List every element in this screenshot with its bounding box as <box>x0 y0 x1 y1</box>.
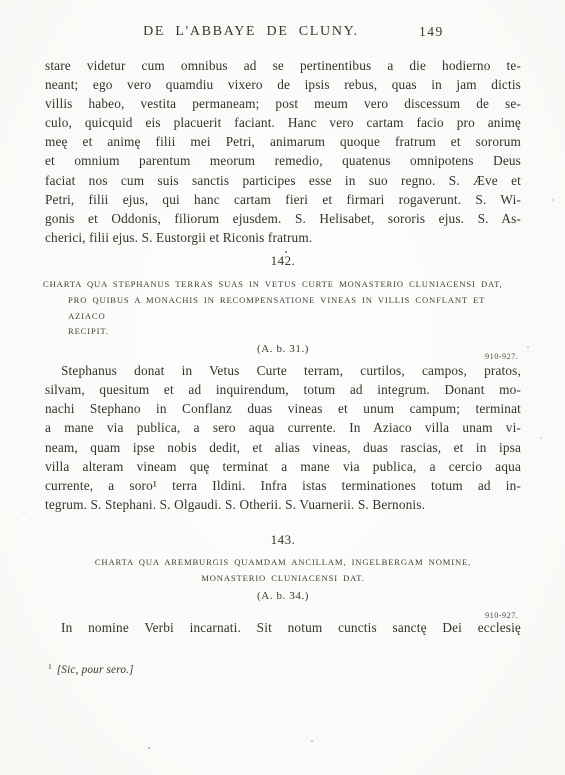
charter-142-heading: CHARTA QUA STEPHANUS TERRAS SUAS IN VETU… <box>45 277 521 340</box>
text-line: Petri, filii ejus, qui hanc cartam fieri… <box>45 190 521 209</box>
text-line: cherici, filii ejus. S. Eustorgii et Ric… <box>45 228 521 247</box>
text-line: meę et animę filii mei Petri, animarum q… <box>45 132 521 151</box>
text-line: silvam, quesitum et ad inquirendum, totu… <box>45 380 521 399</box>
scan-specks <box>0 0 2 2</box>
text-line: currente, a soro¹ terra Ildini. Infra is… <box>45 476 521 495</box>
text-block: stare videtur cum omnibus ad se pertinen… <box>45 56 521 677</box>
text-line: a mane via publica, a sero aqua currente… <box>45 418 521 437</box>
archive-reference-143: (A. b. 34.) <box>45 589 521 604</box>
text-line: In nomine Verbi incarnati. Sit notum cun… <box>45 618 521 637</box>
footnote-text: [Sic, pour sero.] <box>57 664 134 676</box>
text-line: neant; ego vero quamdiu vixero de ipsis … <box>45 75 521 94</box>
margin-date-142: 910-927. <box>485 352 518 361</box>
text-line: culo, quicquid eis placuerit faciant. Ha… <box>45 113 521 132</box>
charter-142-paragraph: Stephanus donat in Vetus Curte terram, c… <box>45 361 521 514</box>
page-number: 149 <box>419 24 444 40</box>
archive-reference-142: (A. b. 31.) <box>45 342 521 357</box>
text-line: et omnium parentum meorum remedio, quate… <box>45 151 521 170</box>
text-line: faciat nos cum suis sanctis participes e… <box>45 171 521 190</box>
running-title: DE L'ABBAYE DE CLUNY. <box>45 24 457 40</box>
charter-142-number: 142. <box>45 253 521 269</box>
charter-143-heading: CHARTA QUA AREMBURGIS QUAMDAM ANCILLAM, … <box>45 555 521 587</box>
text-line: neam, quam ipse nobis dedit, et alias vi… <box>45 438 521 457</box>
margin-date-143: 910-927. <box>485 611 518 620</box>
heading-line: CHARTA QUA STEPHANUS TERRAS SUAS IN VETU… <box>43 277 521 293</box>
text-line: villis habeo, vestita permaneam; post me… <box>45 94 521 113</box>
heading-line: CHARTA QUA AREMBURGIS QUAMDAM ANCILLAM, … <box>45 555 521 571</box>
charter-141-continuation-paragraph: stare videtur cum omnibus ad se pertinen… <box>45 56 521 247</box>
heading-line: MONASTERIO CLUNIACENSI DAT. <box>45 571 521 587</box>
heading-line: RECIPIT. <box>45 324 521 340</box>
footnote-marker: 1 <box>48 662 52 671</box>
text-line: Stephanus donat in Vetus Curte terram, c… <box>45 361 521 380</box>
heading-line: PRO QUIBUS A MONACHIS IN RECOMPENSATIONE… <box>45 293 521 325</box>
footnote: 1[Sic, pour sero.] <box>45 660 521 677</box>
text-line: stare videtur cum omnibus ad se pertinen… <box>45 56 521 75</box>
charter-143-number: 143. <box>45 532 521 548</box>
text-line: gonis et Oddonis, filiorum ejusdem. S. H… <box>45 209 521 228</box>
text-line: nachi Stephano in Conflanz duas vineas e… <box>45 399 521 418</box>
book-page-scan: DE L'ABBAYE DE CLUNY. 149 stare videtur … <box>0 0 565 775</box>
charter-143-paragraph: In nomine Verbi incarnati. Sit notum cun… <box>45 618 521 637</box>
text-line: villa alteram vineam quę terminat a mane… <box>45 457 521 476</box>
text-line: tegrum. S. Stephani. S. Olgaudi. S. Othe… <box>45 495 521 514</box>
